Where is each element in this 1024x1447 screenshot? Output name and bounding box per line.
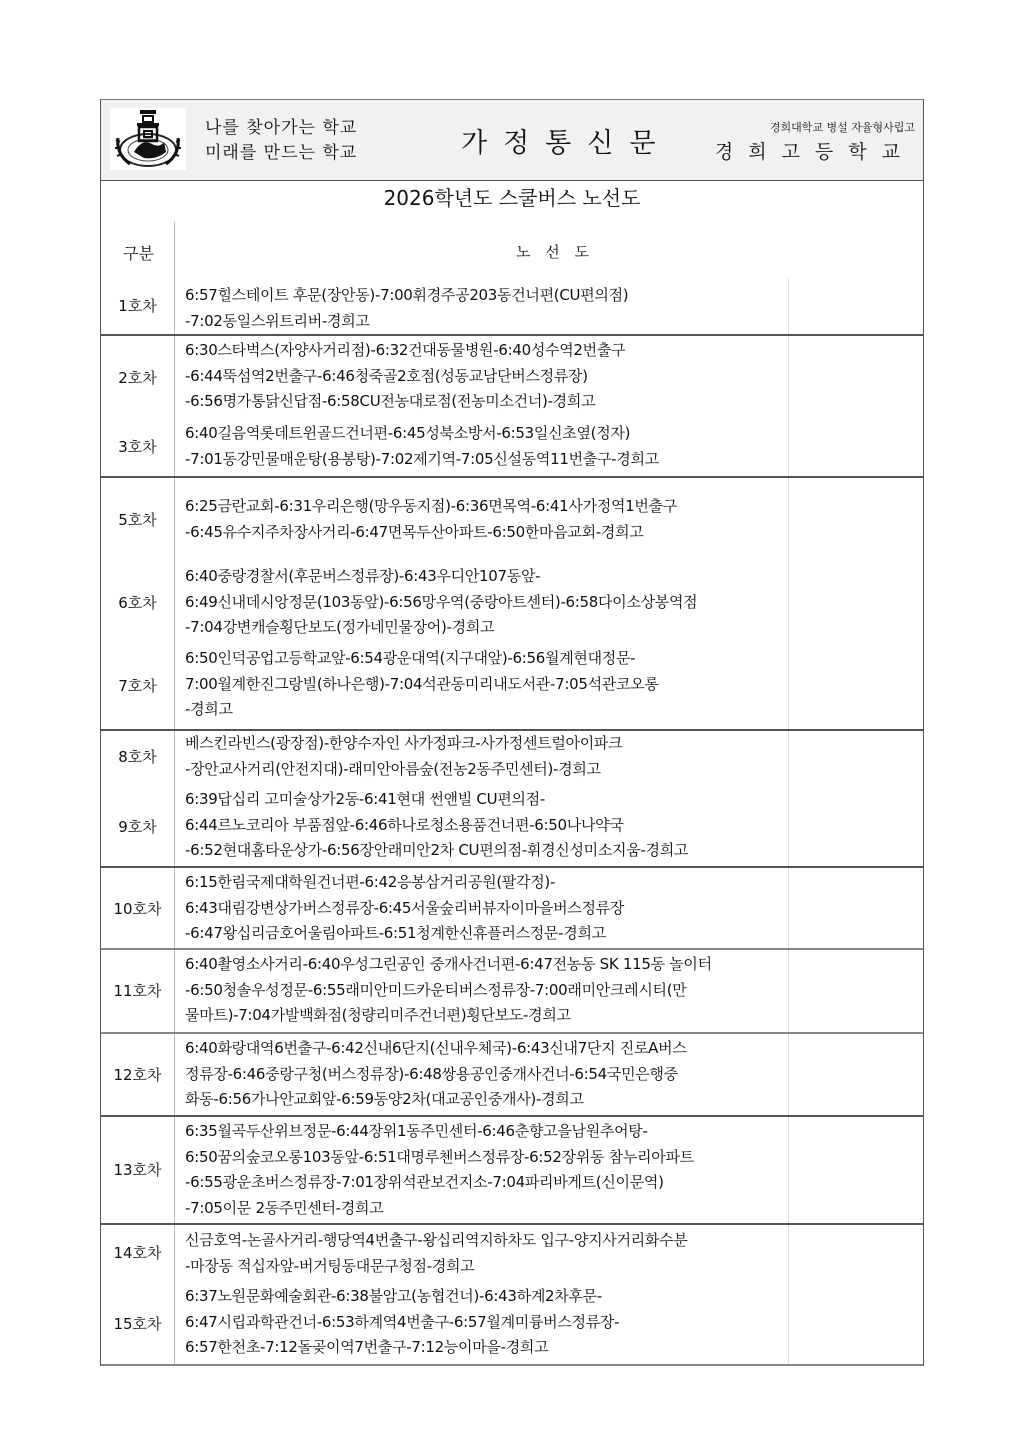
bus-number: 10호차: [101, 898, 174, 919]
motto-line-1: 나를 찾아가는 학교: [205, 116, 357, 141]
school-name: 경희고등학교: [715, 137, 915, 164]
route-description: 6:40화랑대역6번출구-6:42신내6단지(신내우체국)-6:43신내7단지 …: [185, 1036, 785, 1113]
row-divider: [101, 1115, 923, 1117]
column-header-category: 구분: [123, 241, 154, 264]
row-divider: [101, 1364, 923, 1366]
route-description: 6:35월곡두산위브정문-6:44장위1동주민센터-6:46춘향고을남원추어탕-…: [185, 1119, 785, 1221]
bus-number: 2호차: [101, 367, 174, 388]
column-divider-right: [788, 278, 789, 1366]
row-divider: [101, 866, 923, 868]
bus-number: 6호차: [101, 592, 174, 613]
row-divider: [101, 1032, 923, 1034]
column-header-route: 노 선 도: [516, 241, 594, 262]
row-divider: [101, 948, 923, 950]
route-description: 6:40중랑경찰서(후문버스정류장)-6:43우디안107동앞- 6:49신내데…: [185, 564, 785, 641]
route-description: 베스킨라빈스(광장점)-한양수자인 사가정파크-사가정센트럴아이파크 -장안교사…: [185, 731, 785, 782]
bus-number: 12호차: [101, 1064, 174, 1085]
bus-number: 13호차: [101, 1159, 174, 1180]
route-description: 6:30스타벅스(자양사거리점)-6:32건대동물병원-6:40성수역2번출구 …: [185, 338, 785, 415]
column-divider: [174, 222, 175, 1366]
school-motto: 나를 찾아가는 학교 미래를 만드는 학교: [205, 116, 357, 166]
route-description: 6:40길음역롯데트윈골드건너편-6:45성북소방서-6:53일신초옆(정자) …: [185, 421, 785, 472]
route-description: 6:25금란교회-6:31우리은행(망우동지점)-6:36면목역-6:41사가정…: [185, 494, 785, 545]
newsletter-page: 나를 찾아가는 학교 미래를 만드는 학교 가정통신문 경희대학교 병설 자율형…: [100, 99, 924, 1366]
row-divider: [101, 334, 923, 336]
route-description: 6:37노원문화예술회관-6:38불암고(농협건너)-6:43하계2차후문- 6…: [185, 1284, 785, 1361]
route-description: 6:57힐스테이트 후문(장안동)-7:00휘경주공203동건너편(CU편의점)…: [185, 283, 785, 334]
bus-number: 8호차: [101, 746, 174, 767]
bus-number: 1호차: [101, 295, 174, 316]
page-title: 2026학년도 스쿨버스 노선도: [101, 180, 923, 213]
school-subtitle: 경희대학교 병설 자율형사립고: [770, 119, 915, 135]
route-description: 6:50인덕공업고등학교앞-6:54광운대역(지구대앞)-6:56월계현대정문-…: [185, 646, 785, 723]
motto-line-2: 미래를 만드는 학교: [205, 141, 357, 166]
bus-number: 9호차: [101, 816, 174, 837]
newsletter-header: 나를 찾아가는 학교 미래를 만드는 학교 가정통신문 경희대학교 병설 자율형…: [101, 100, 923, 181]
bus-number: 5호차: [101, 509, 174, 530]
bus-number: 14호차: [101, 1242, 174, 1263]
school-emblem-icon: [110, 108, 186, 170]
route-description: 신금호역-논골사거리-행당역4번출구-왕십리역지하차도 입구-양지사거리화수분 …: [185, 1228, 785, 1279]
row-divider: [101, 476, 923, 478]
bus-number: 3호차: [101, 436, 174, 457]
route-description: 6:39답십리 고미술상가2동-6:41현대 썬앤빌 CU편의점- 6:44르노…: [185, 787, 785, 864]
document-title: 가정통신문: [461, 121, 671, 160]
route-description: 6:40촬영소사거리-6:40우성그린공인 중개사건너편-6:47전농동 SK …: [185, 952, 785, 1029]
route-description: 6:15한림국제대학원건너편-6:42응봉삼거리공원(팔각정)- 6:43대림강…: [185, 870, 785, 947]
bus-number: 11호차: [101, 980, 174, 1001]
bus-number: 15호차: [101, 1313, 174, 1334]
bus-number: 7호차: [101, 675, 174, 696]
row-divider: [101, 1223, 923, 1225]
